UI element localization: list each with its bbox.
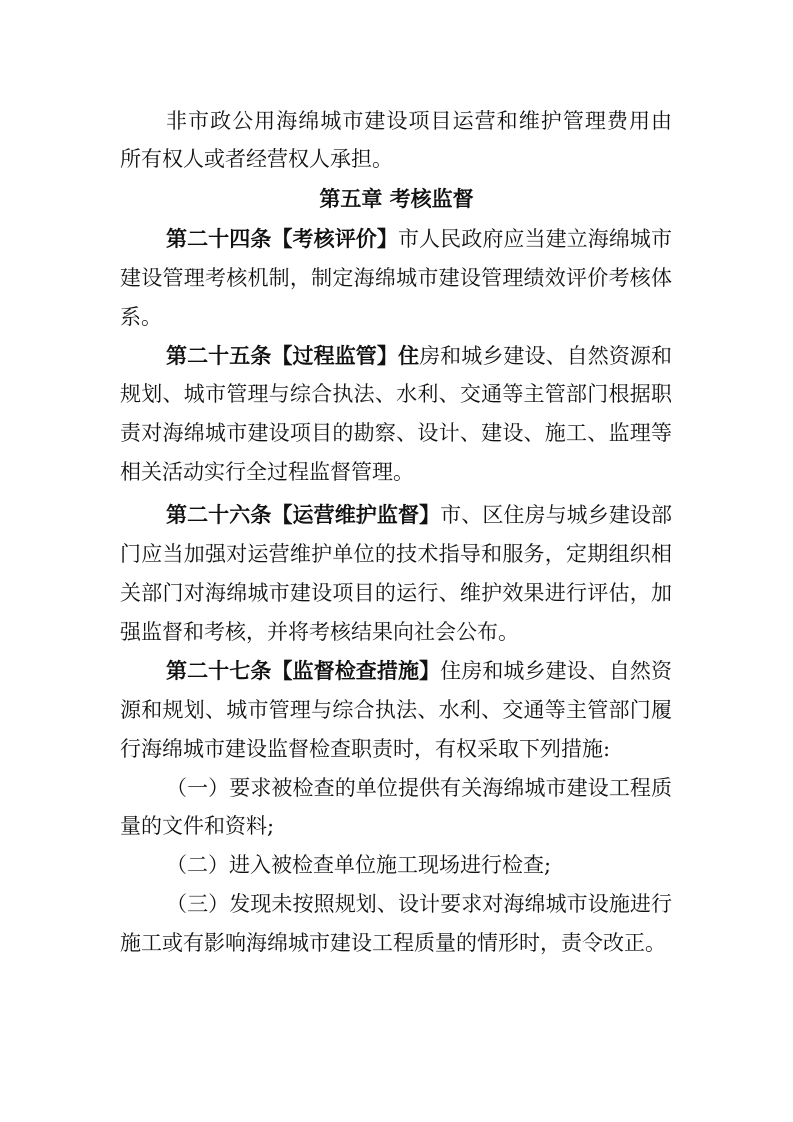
paragraph-line: 门应当加强对运营维护单位的技术指导和服务，定期组织相 [120, 541, 672, 567]
article-26-line: 第二十六条【运营维护监督】市、区住房与城乡建设部 [166, 502, 672, 528]
article-24-line: 第二十四条【考核评价】市人民政府应当建立海绵城市 [166, 226, 672, 252]
article-number: 第二十七条 [166, 659, 271, 683]
article-25-line: 第二十五条【过程监管】住房和城乡建设、自然资源和 [166, 343, 672, 369]
paragraph-line: 量的文件和资料; [120, 813, 672, 839]
paragraph-line: 所有权人或者经营权人承担。 [120, 146, 672, 172]
article-heading: 【考核评价】 [271, 227, 398, 251]
article-heading: 【过程监管】 [271, 344, 398, 368]
document-page: 非市政公用海绵城市建设项目运营和维护管理费用由 所有权人或者经营权人承担。 第五… [0, 0, 793, 1122]
paragraph-line: 强监督和考核，并将考核结果向社会公布。 [120, 619, 672, 645]
article-lead: 住 [398, 344, 419, 368]
article-text: 住房和城乡建设、自然资 [440, 659, 672, 683]
paragraph-line: 施工或有影响海绵城市建设工程质量的情形时，责令改正。 [120, 930, 672, 956]
article-27-line: 第二十七条【监督检查措施】住房和城乡建设、自然资 [166, 658, 672, 684]
list-item-3: （三）发现未按照规划、设计要求对海绵城市设施进行 [166, 891, 672, 917]
paragraph-line: 关部门对海绵城市建设项目的运行、维护效果进行评估，加 [120, 580, 672, 606]
paragraph-line: 规划、城市管理与综合执法、水利、交通等主管部门根据职 [120, 381, 672, 407]
paragraph-line: 建设管理考核机制，制定海绵城市建设管理绩效评价考核体 [120, 265, 672, 291]
paragraph-line: 责对海绵城市建设项目的勘察、设计、建设、施工、监理等 [120, 420, 672, 446]
article-text: 市人民政府应当建立海绵城市 [398, 227, 672, 251]
article-number: 第二十四条 [166, 227, 271, 251]
paragraph-line: 相关活动实行全过程监督管理。 [120, 459, 672, 485]
paragraph-line: 系。 [120, 304, 672, 330]
article-text: 房和城乡建设、自然资源和 [419, 344, 672, 368]
paragraph-line: 源和规划、城市管理与综合执法、水利、交通等主管部门履 [120, 697, 672, 723]
article-heading: 【监督检查措施】 [271, 659, 440, 683]
article-number: 第二十五条 [166, 344, 271, 368]
paragraph-line: 行海绵城市建设监督检查职责时，有权采取下列措施: [120, 736, 672, 762]
chapter-title: 第五章 考核监督 [0, 186, 793, 212]
article-number: 第二十六条 [166, 503, 271, 527]
article-heading: 【运营维护监督】 [271, 503, 440, 527]
list-item-1: （一）要求被检查的单位提供有关海绵城市建设工程质 [166, 775, 672, 801]
list-item-2: （二）进入被检查单位施工现场进行检查; [166, 852, 672, 878]
paragraph-line: 非市政公用海绵城市建设项目运营和维护管理费用由 [166, 108, 672, 134]
article-text: 市、区住房与城乡建设部 [440, 503, 672, 527]
